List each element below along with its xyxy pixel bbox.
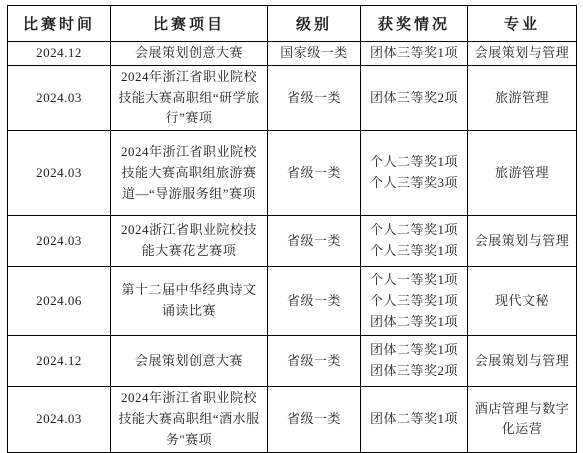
header-awards: 获奖情况 [361,6,468,42]
cell-project: 2024浙江省职业院校技能大赛花艺赛项 [111,216,268,267]
table-row: 2024.03 2024浙江省职业院校技能大赛花艺赛项 省级一类 个人二等奖1项… [8,216,577,267]
cell-major: 酒店管理与数字化运营 [468,387,577,452]
cell-project: 第十二届中华经典诗文诵读比赛 [111,267,268,336]
header-major: 专业 [468,6,577,42]
cell-awards: 个人二等奖1项 个人三等奖1项 [361,216,468,267]
cell-major: 旅游管理 [468,65,577,130]
cell-time: 2024.03 [8,387,111,452]
table-row: 2024.03 2024年浙江省职业院校技能大赛高职组“研学旅行”赛项 省级一类… [8,65,577,130]
cell-level: 省级一类 [268,65,361,130]
table-row: 2024.06 第十二届中华经典诗文诵读比赛 省级一类 个人一等奖1项 个人三等… [8,267,577,336]
header-level: 级别 [268,6,361,42]
cell-time: 2024.03 [8,65,111,130]
cell-major: 会展策划与管理 [468,336,577,387]
cell-project: 2024年浙江省职业院校技能大赛高职组“研学旅行”赛项 [111,65,268,130]
cell-time: 2024.12 [8,336,111,387]
cell-project: 会展策划创意大赛 [111,336,268,387]
awards-table: 比赛时间 比赛项目 级别 获奖情况 专业 2024.12 会展策划创意大赛 国家… [7,5,577,453]
cell-project: 会展策划创意大赛 [111,42,268,66]
cell-time: 2024.06 [8,267,111,336]
cell-level: 国家级一类 [268,42,361,66]
cell-awards: 团体三等奖1项 [361,42,468,66]
cell-awards: 个人一等奖1项 个人三等奖1项 团体二等奖1项 [361,267,468,336]
cell-awards: 团体二等奖1项 团体三等奖2项 [361,336,468,387]
table-row: 2024.03 2024年浙江省职业院校技能大赛高职组“酒水服务"赛项 省级一类… [8,387,577,452]
cell-level: 省级一类 [268,267,361,336]
cell-time: 2024.03 [8,216,111,267]
cell-major: 旅游管理 [468,131,577,216]
cell-awards: 团体二等奖1项 [361,387,468,452]
cell-project: 2024年浙江省职业院校技能大赛高职组旅游赛道—“导游服务组”赛项 [111,131,268,216]
table-row: 2024.12 会展策划创意大赛 国家级一类 团体三等奖1项 会展策划与管理 [8,42,577,66]
cell-awards: 团体三等奖2项 [361,65,468,130]
cell-level: 省级一类 [268,131,361,216]
table-row: 2024.03 2024年浙江省职业院校技能大赛高职组旅游赛道—“导游服务组”赛… [8,131,577,216]
cell-major: 会展策划与管理 [468,42,577,66]
cell-level: 省级一类 [268,387,361,452]
table-row: 2024.12 会展策划创意大赛 省级一类 团体二等奖1项 团体三等奖2项 会展… [8,336,577,387]
cell-time: 2024.03 [8,131,111,216]
awards-table-page: 比赛时间 比赛项目 级别 获奖情况 专业 2024.12 会展策划创意大赛 国家… [0,0,583,450]
cell-level: 省级一类 [268,336,361,387]
cell-major: 会展策划与管理 [468,216,577,267]
cell-level: 省级一类 [268,216,361,267]
cell-project: 2024年浙江省职业院校技能大赛高职组“酒水服务"赛项 [111,387,268,452]
cell-major: 现代文秘 [468,267,577,336]
cell-time: 2024.12 [8,42,111,66]
header-project: 比赛项目 [111,6,268,42]
cell-awards: 个人二等奖1项 个人三等奖3项 [361,131,468,216]
header-time: 比赛时间 [8,6,111,42]
header-row: 比赛时间 比赛项目 级别 获奖情况 专业 [8,6,577,42]
